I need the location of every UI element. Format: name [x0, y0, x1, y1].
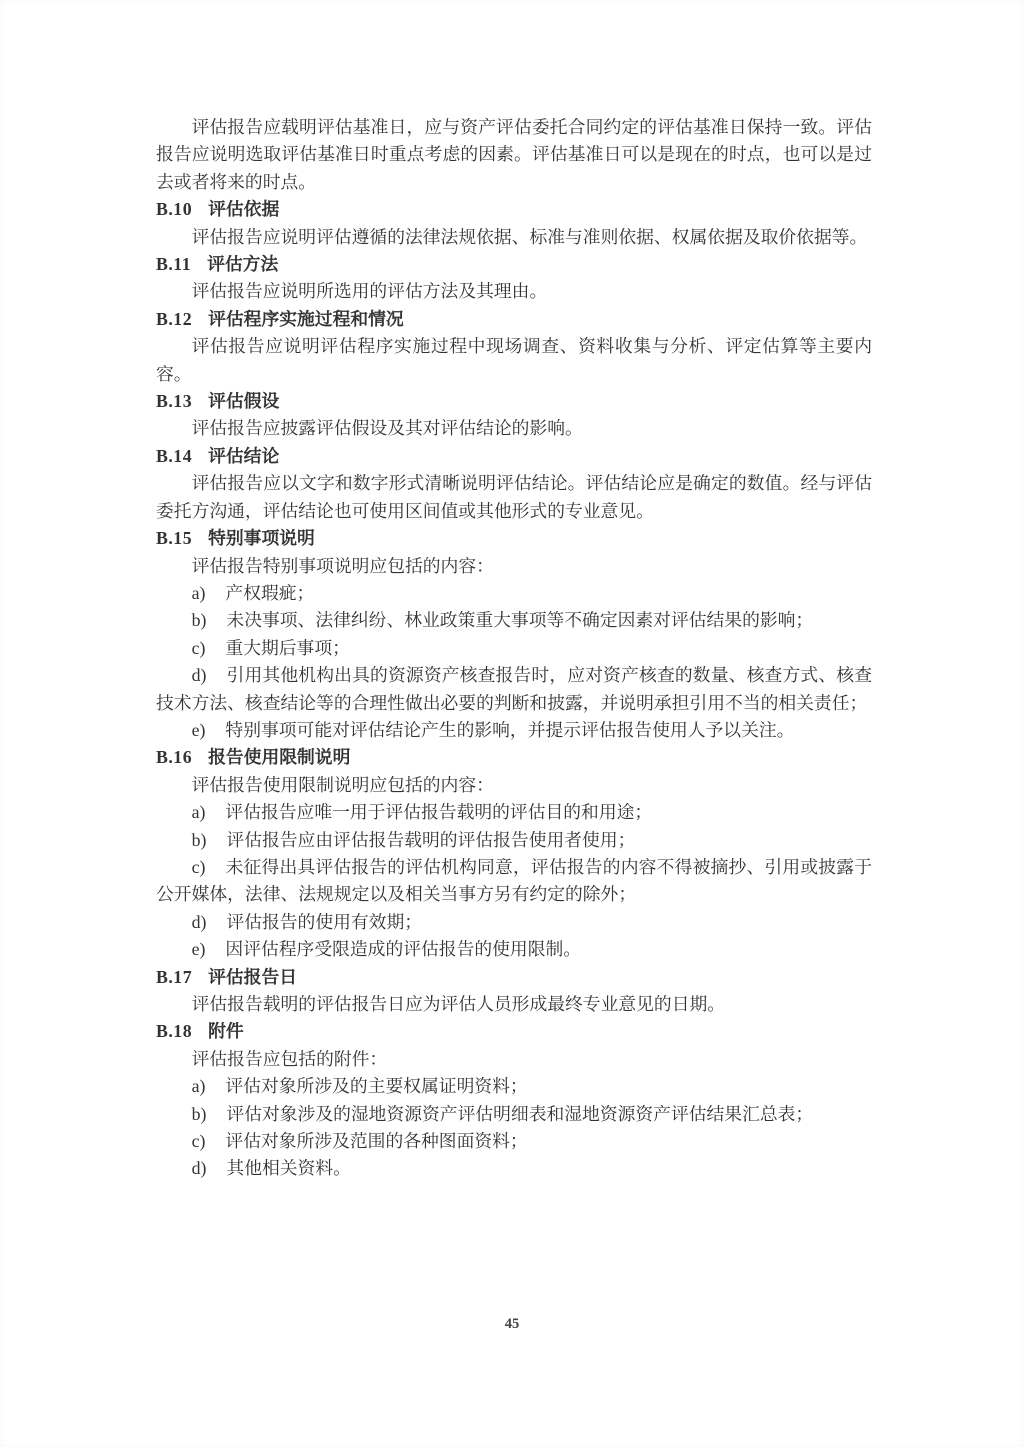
list-marker: e)	[192, 939, 206, 959]
list-marker: c)	[192, 1131, 206, 1151]
list-text: 评估对象所涉及范围的各种图面资料；	[225, 1131, 527, 1151]
section-number: B.10	[156, 199, 192, 219]
list-marker: d)	[192, 665, 207, 685]
body-paragraph: 评估报告应以文字和数字形式清晰说明评估结论。评估结论应是确定的数值。经与评估委托…	[156, 470, 872, 525]
list-marker: d)	[192, 1158, 207, 1178]
list-item: a)评估对象所涉及的主要权属证明资料；	[156, 1073, 872, 1100]
body-paragraph: 评估报告应披露评估假设及其对评估结论的影响。	[156, 415, 872, 442]
list-text: 引用其他机构出具的资源资产核查报告时，应对资产核查的数量、核查方式、核查技术方法…	[156, 665, 872, 712]
list-marker: c)	[192, 638, 206, 658]
list-item: c)评估对象所涉及范围的各种图面资料；	[156, 1128, 872, 1155]
section-title: 评估假设	[208, 391, 279, 411]
section-heading: B.13评估假设	[156, 388, 872, 415]
list-text: 其他相关资料。	[226, 1158, 350, 1178]
list-marker: b)	[192, 610, 207, 630]
section-number: B.14	[156, 446, 192, 466]
list-item: d)引用其他机构出具的资源资产核查报告时，应对资产核查的数量、核查方式、核查技术…	[156, 662, 872, 717]
section-title: 评估程序实施过程和情况	[208, 309, 404, 329]
list-text: 评估对象涉及的湿地资源资产评估明细表和湿地资源资产评估结果汇总表；	[226, 1104, 813, 1124]
list-text: 因评估程序受限造成的评估报告的使用限制。	[225, 939, 581, 959]
section-heading: B.11评估方法	[156, 251, 872, 278]
list-text: 评估报告应唯一用于评估报告载明的评估目的和用途；	[225, 802, 652, 822]
list-item: a)评估报告应唯一用于评估报告载明的评估目的和用途；	[156, 799, 872, 826]
section-heading: B.12评估程序实施过程和情况	[156, 306, 872, 333]
list-item: c)未征得出具评估报告的评估机构同意，评估报告的内容不得被摘抄、引用或披露于公开…	[156, 854, 872, 909]
page-number: 45	[0, 1316, 1024, 1333]
body-paragraph: 评估报告应说明所选用的评估方法及其理由。	[156, 278, 872, 305]
list-marker: a)	[192, 583, 206, 603]
list-marker: a)	[192, 802, 206, 822]
list-item: c)重大期后事项；	[156, 635, 872, 662]
document-body: 评估报告应载明评估基准日，应与资产评估委托合同约定的评估基准日保持一致。评估报告…	[156, 114, 872, 1183]
section-heading: B.17评估报告日	[156, 964, 872, 991]
section-number: B.18	[156, 1021, 192, 1041]
list-text: 未决事项、法律纠纷、林业政策重大事项等不确定因素对评估结果的影响；	[226, 610, 813, 630]
section-title: 报告使用限制说明	[208, 747, 350, 767]
list-marker: d)	[192, 912, 207, 932]
list-marker: b)	[192, 1104, 207, 1124]
list-item: e)因评估程序受限造成的评估报告的使用限制。	[156, 936, 872, 963]
list-text: 评估报告应由评估报告载明的评估报告使用者使用；	[226, 830, 635, 850]
section-number: B.16	[156, 747, 192, 767]
body-paragraph: 评估报告应说明评估程序实施过程中现场调查、资料收集与分析、评定估算等主要内容。	[156, 333, 872, 388]
section-title: 评估结论	[208, 446, 279, 466]
list-text: 评估报告的使用有效期；	[226, 912, 422, 932]
section-heading: B.18附件	[156, 1018, 872, 1045]
body-paragraph: 评估报告特别事项说明应包括的内容：	[156, 553, 872, 580]
body-paragraph: 评估报告载明的评估报告日应为评估人员形成最终专业意见的日期。	[156, 991, 872, 1018]
list-text: 产权瑕疵；	[225, 583, 314, 603]
section-number: B.17	[156, 967, 192, 987]
section-number: B.13	[156, 391, 192, 411]
section-title: 评估报告日	[208, 967, 297, 987]
section-number: B.15	[156, 528, 192, 548]
section-number: B.11	[156, 254, 191, 274]
list-item: e)特别事项可能对评估结论产生的影响，并提示评估报告使用人予以关注。	[156, 717, 872, 744]
list-item: a)产权瑕疵；	[156, 580, 872, 607]
list-item: d)评估报告的使用有效期；	[156, 909, 872, 936]
section-number: B.12	[156, 309, 192, 329]
body-paragraph: 评估报告应说明评估遵循的法律法规依据、标准与准则依据、权属依据及取价依据等。	[156, 224, 872, 251]
section-title: 评估方法	[207, 254, 278, 274]
list-marker: c)	[192, 857, 206, 877]
list-item: b)评估对象涉及的湿地资源资产评估明细表和湿地资源资产评估结果汇总表；	[156, 1101, 872, 1128]
scanned-document-page: 评估报告应载明评估基准日，应与资产评估委托合同约定的评估基准日保持一致。评估报告…	[0, 0, 1024, 1447]
body-paragraph: 评估报告应载明评估基准日，应与资产评估委托合同约定的评估基准日保持一致。评估报告…	[156, 114, 872, 196]
section-heading: B.16报告使用限制说明	[156, 744, 872, 771]
list-text: 未征得出具评估报告的评估机构同意，评估报告的内容不得被摘抄、引用或披露于公开媒体…	[156, 857, 872, 904]
list-text: 重大期后事项；	[225, 638, 349, 658]
section-title: 评估依据	[208, 199, 279, 219]
list-text: 评估对象所涉及的主要权属证明资料；	[225, 1076, 527, 1096]
section-heading: B.15特别事项说明	[156, 525, 872, 552]
body-paragraph: 评估报告使用限制说明应包括的内容：	[156, 772, 872, 799]
list-item: b)未决事项、法律纠纷、林业政策重大事项等不确定因素对评估结果的影响；	[156, 607, 872, 634]
section-title: 特别事项说明	[208, 528, 315, 548]
section-title: 附件	[208, 1021, 244, 1041]
list-item: d)其他相关资料。	[156, 1155, 872, 1182]
list-item: b)评估报告应由评估报告载明的评估报告使用者使用；	[156, 827, 872, 854]
list-marker: a)	[192, 1076, 206, 1096]
list-marker: b)	[192, 830, 207, 850]
list-marker: e)	[192, 720, 206, 740]
body-paragraph: 评估报告应包括的附件：	[156, 1046, 872, 1073]
list-text: 特别事项可能对评估结论产生的影响，并提示评估报告使用人予以关注。	[225, 720, 794, 740]
section-heading: B.14评估结论	[156, 443, 872, 470]
section-heading: B.10评估依据	[156, 196, 872, 223]
